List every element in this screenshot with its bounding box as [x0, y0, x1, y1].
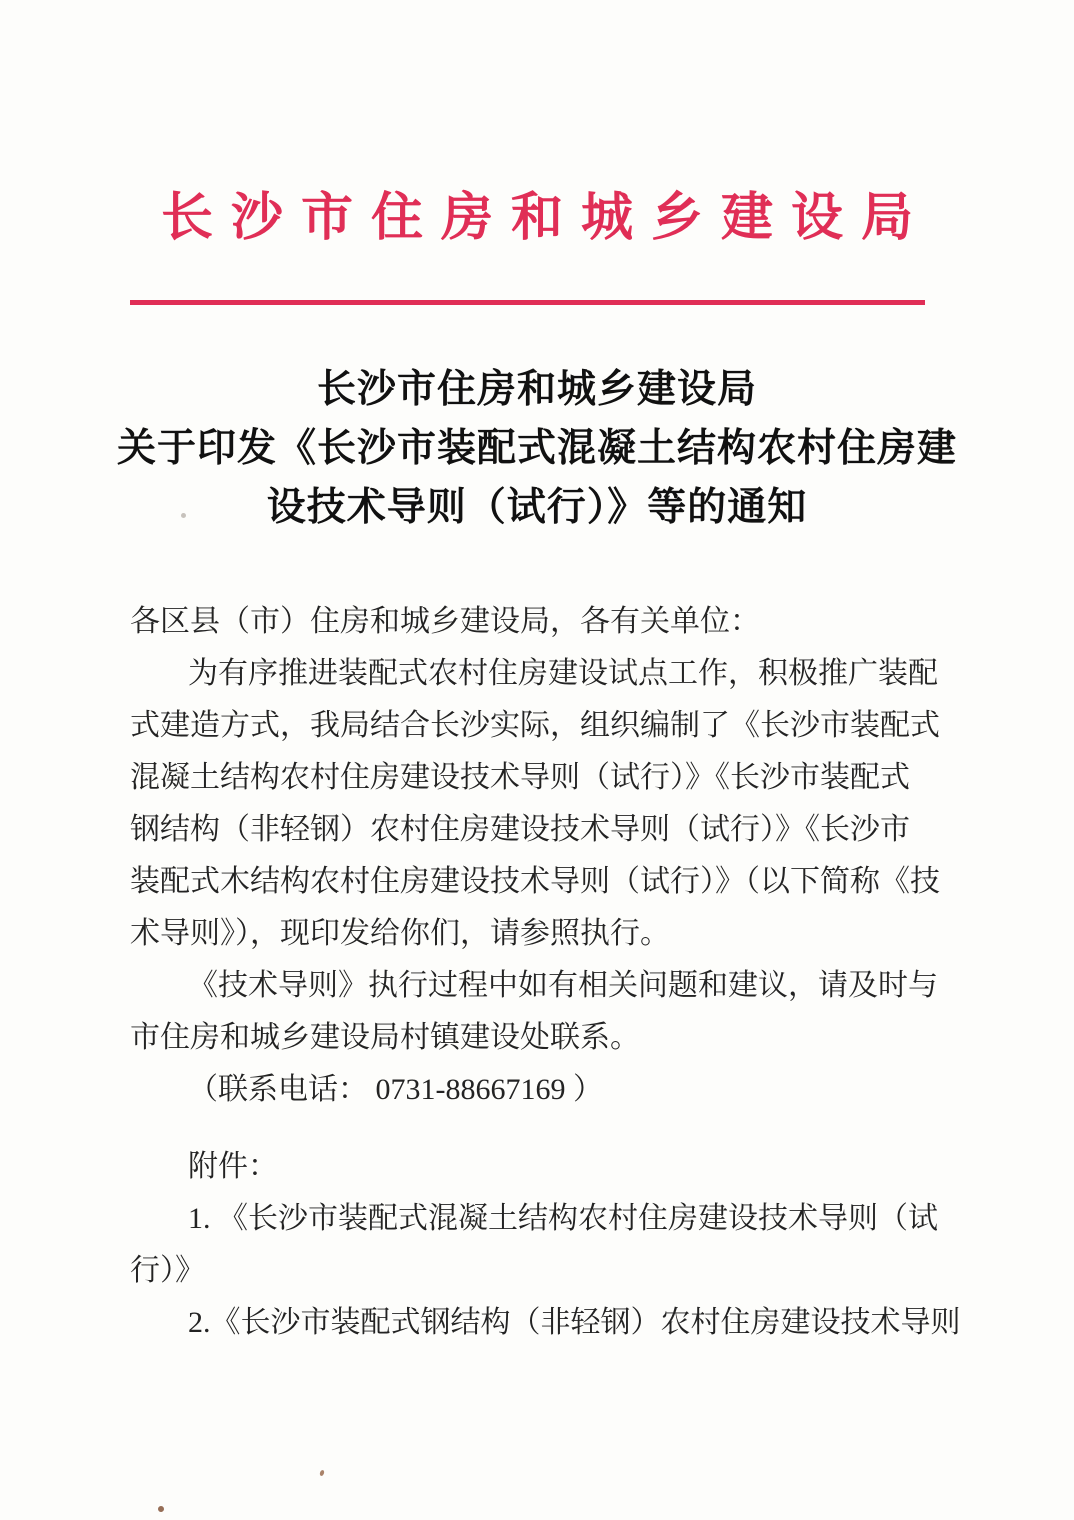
contact-phone-open: （联系电话：	[188, 1073, 368, 1106]
salutation-line: 各区县（市）住房和城乡建设局，各有关单位：	[130, 596, 942, 648]
document-title-line-3: 设技术导则（试行）》等的通知	[0, 478, 1074, 537]
document-title-line-2: 关于印发《长沙市装配式混凝土结构农村住房建	[0, 419, 1074, 478]
contact-phone-line: （联系电话： 0731-88667169 ）	[130, 1064, 942, 1116]
body-line: 术导则》），现印发给你们，请参照执行。	[130, 908, 942, 960]
body-line: 装配式木结构农村住房建设技术导则（试行）》（以下简称《技	[130, 856, 942, 908]
body-line: 式建造方式，我局结合长沙实际，组织编制了《长沙市装配式	[130, 700, 942, 752]
document-title: 长沙市住房和城乡建设局 关于印发《长沙市装配式混凝土结构农村住房建 设技术导则（…	[0, 360, 1074, 537]
attachments-section: 附件： 1. 《长沙市装配式混凝土结构农村住房建设技术导则（试 行）》 2.《长…	[130, 1141, 942, 1349]
letterhead-agency-title: 长沙市住房和城乡建设局	[0, 190, 1074, 248]
letterhead-divider-line	[130, 300, 925, 305]
contact-phone-number: 0731-88667169	[376, 1073, 566, 1106]
body-line: 市住房和城乡建设局村镇建设处联系。	[130, 1012, 942, 1064]
attachments-heading: 附件：	[130, 1141, 942, 1193]
document-body: 各区县（市）住房和城乡建设局，各有关单位： 为有序推进装配式农村住房建设试点工作…	[130, 596, 942, 1116]
scan-speck	[319, 1469, 325, 1476]
body-line: 为有序推进装配式农村住房建设试点工作，积极推广装配	[130, 648, 942, 700]
body-line: 混凝土结构农村住房建设技术导则（试行）》《长沙市装配式	[130, 752, 942, 804]
document-page: 长沙市住房和城乡建设局 长沙市住房和城乡建设局 关于印发《长沙市装配式混凝土结构…	[0, 0, 1074, 1520]
scan-speck	[181, 513, 186, 518]
scan-speck	[157, 1505, 164, 1512]
body-line: 《技术导则》执行过程中如有相关问题和建议，请及时与	[130, 960, 942, 1012]
attachment-item-line: 行）》	[130, 1245, 942, 1297]
attachment-item-line: 1. 《长沙市装配式混凝土结构农村住房建设技术导则（试	[130, 1193, 942, 1245]
attachment-item-line: 2.《长沙市装配式钢结构（非轻钢）农村住房建设技术导则	[130, 1297, 942, 1349]
contact-phone-close: ）	[573, 1073, 603, 1106]
body-line: 钢结构（非轻钢）农村住房建设技术导则（试行）》《长沙市	[130, 804, 942, 856]
document-title-line-1: 长沙市住房和城乡建设局	[0, 360, 1074, 419]
